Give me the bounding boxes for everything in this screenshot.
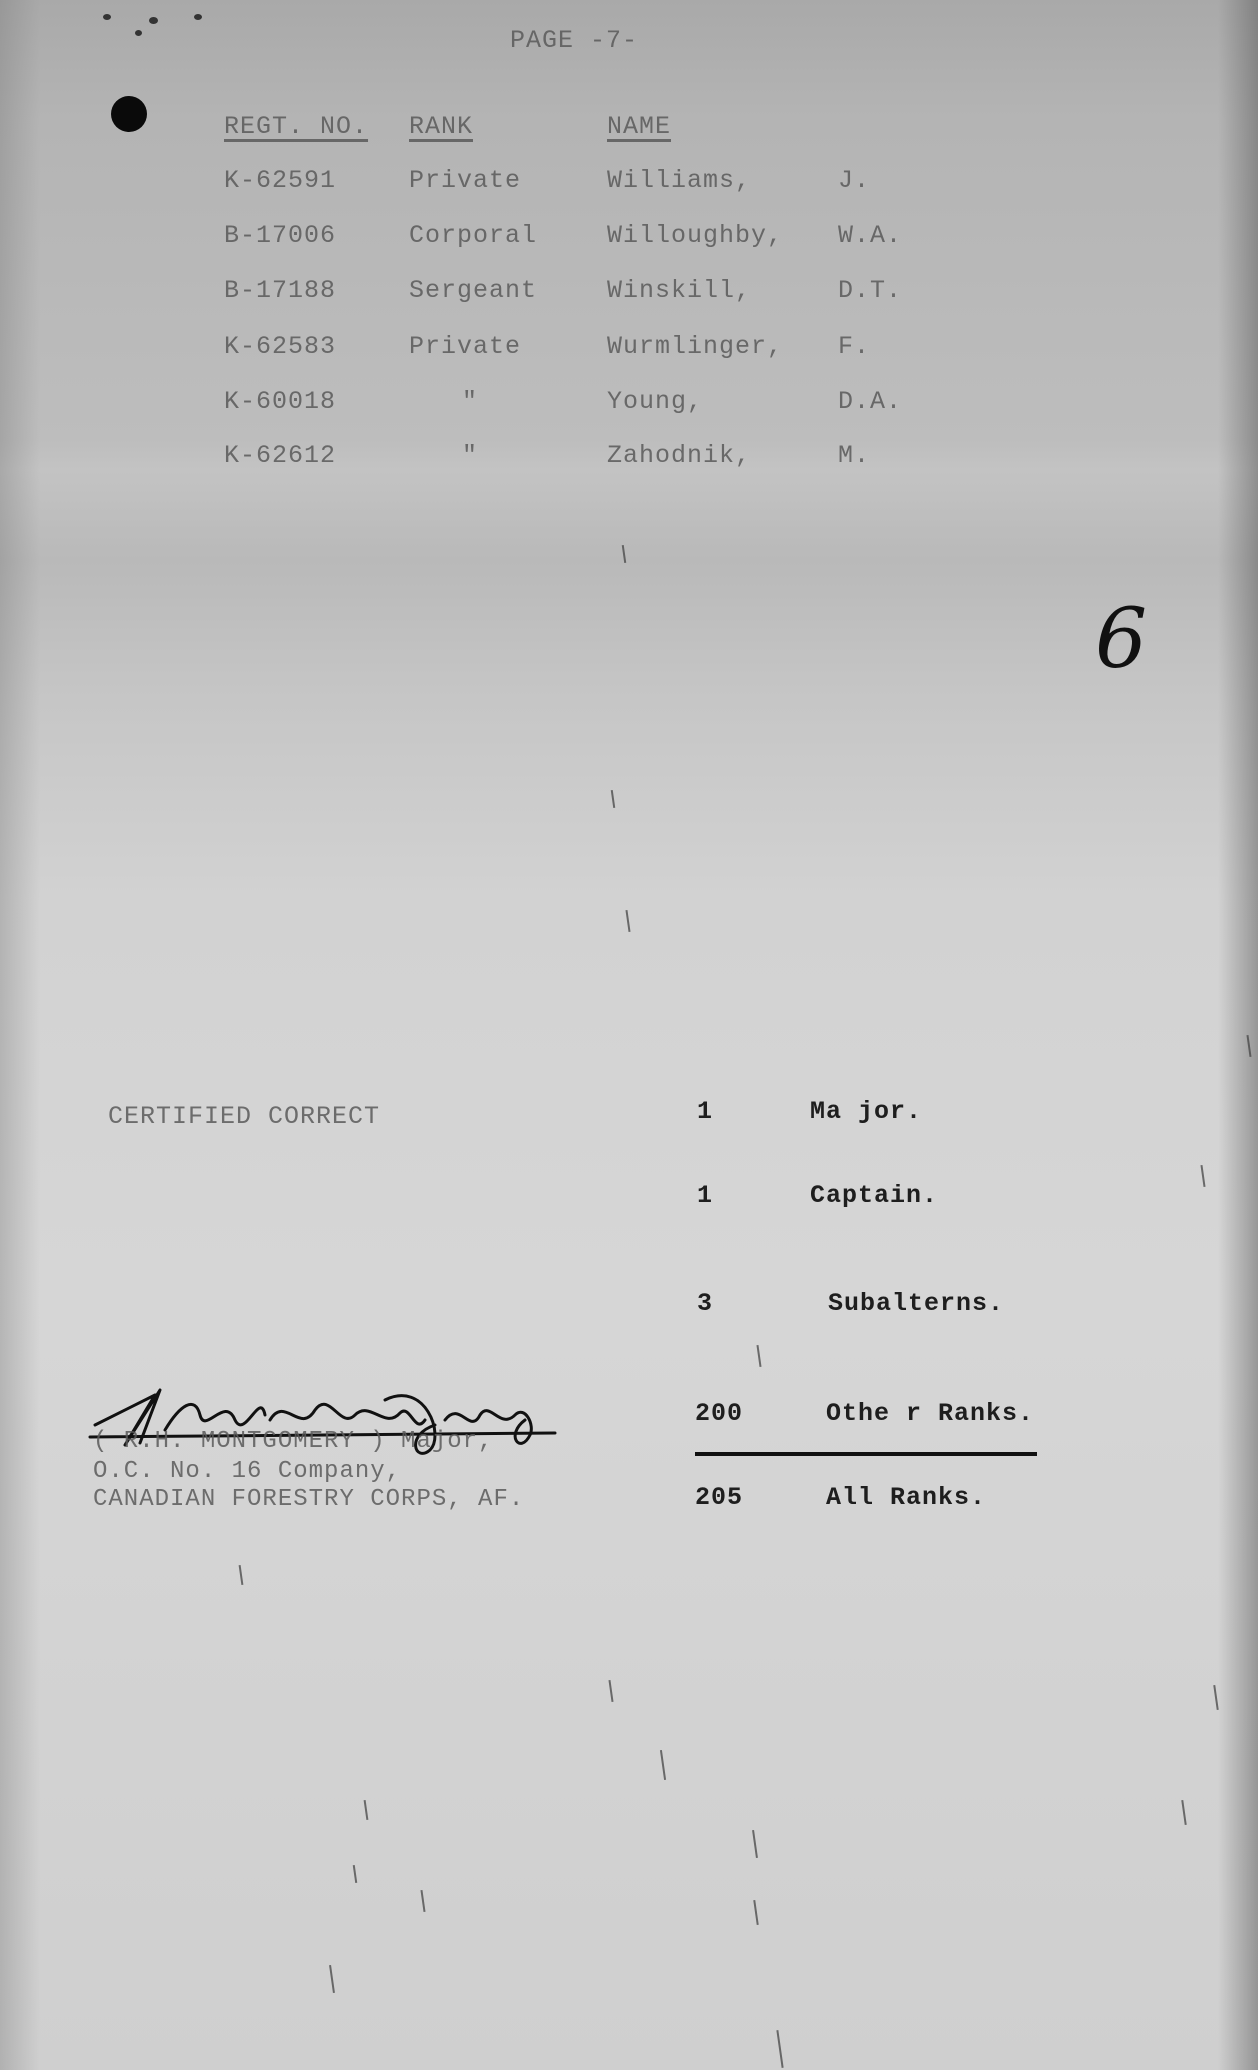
column-header-name: NAME (607, 112, 671, 141)
handwritten-page-number: 6 (1095, 592, 1147, 687)
speck (103, 14, 111, 20)
rank: Corporal (409, 221, 537, 250)
rank: Sergeant (409, 276, 537, 305)
summary-label: Captain. (810, 1181, 938, 1210)
total-rule (695, 1452, 1037, 1456)
rank: " (462, 387, 478, 416)
regt-no: B-17006 (224, 221, 336, 250)
regt-no: B-17188 (224, 276, 336, 305)
summary-count: 200 (695, 1399, 743, 1428)
page-header: PAGE -7- (510, 26, 638, 55)
initials: M. (838, 441, 870, 470)
summary-label: Subalterns. (828, 1289, 1004, 1318)
total-label: All Ranks. (826, 1483, 986, 1512)
total-count: 205 (695, 1483, 743, 1512)
speck (149, 17, 158, 24)
speck (194, 14, 202, 20)
regt-no: K-62591 (224, 166, 336, 195)
rank: Private (409, 332, 521, 361)
rank: " (462, 441, 478, 470)
rank: Private (409, 166, 521, 195)
scan-edge-shadow-left (0, 0, 40, 2070)
initials: F. (838, 332, 870, 361)
certified-correct-label: CERTIFIED CORRECT (108, 1102, 380, 1131)
signatory-unit: O.C. No. 16 Company, (93, 1458, 401, 1485)
column-header-rank: RANK (409, 112, 473, 141)
summary-label: Othe r Ranks. (826, 1399, 1034, 1428)
surname: Winskill, (607, 276, 751, 305)
signatory-name: ( R.H. MONTGOMERY ) Major, (93, 1428, 493, 1455)
regt-no: K-62612 (224, 441, 336, 470)
initials: D.A. (838, 387, 902, 416)
surname: Willoughby, (607, 221, 783, 250)
column-header-regt-no: REGT. NO. (224, 112, 368, 141)
surname: Young, (607, 387, 703, 416)
speck (135, 30, 142, 36)
surname: Zahodnik, (607, 441, 751, 470)
surname: Wurmlinger, (607, 332, 783, 361)
hole-punch (111, 96, 147, 132)
signatory-corps: CANADIAN FORESTRY CORPS, AF. (93, 1486, 524, 1513)
summary-count: 1 (697, 1097, 713, 1126)
regt-no: K-62583 (224, 332, 336, 361)
summary-count: 1 (697, 1181, 713, 1210)
summary-count: 3 (697, 1289, 713, 1318)
initials: W.A. (838, 221, 902, 250)
summary-label: Ma jor. (810, 1097, 922, 1126)
initials: J. (838, 166, 870, 195)
initials: D.T. (838, 276, 902, 305)
scan-edge-shadow-right (1218, 0, 1258, 2070)
surname: Williams, (607, 166, 751, 195)
document-page (0, 0, 1258, 2070)
regt-no: K-60018 (224, 387, 336, 416)
